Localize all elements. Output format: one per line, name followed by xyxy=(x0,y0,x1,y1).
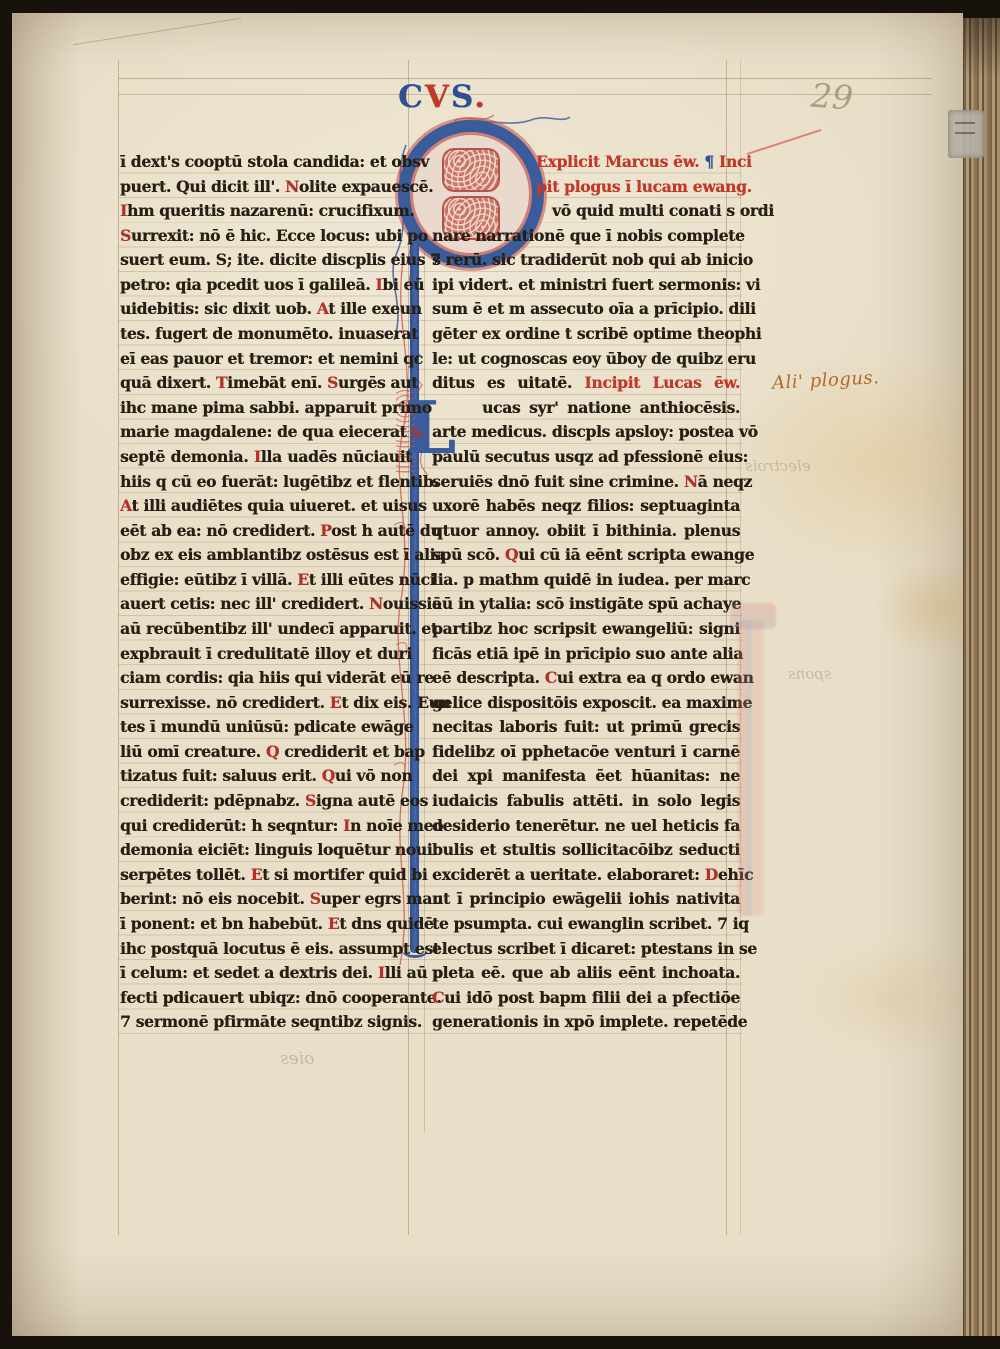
text-run: eī eas pauor et tremor: et nemini qc xyxy=(120,349,423,368)
text-run: pleta eē. que ab aliis eēnt inchoata. xyxy=(432,963,740,982)
text-run: qui crediderūt: h seqntur: xyxy=(120,816,343,835)
text-run: effigie: eūtibz ī villā. xyxy=(120,570,297,589)
text-run: desiderio tenerētur. ne uel heticis fa xyxy=(432,816,740,835)
text-run: vō quid multi conati s ordi xyxy=(552,201,774,220)
text-run: aū recūbentibz ill' undecī apparuit. et xyxy=(120,619,438,638)
text-run: I xyxy=(343,816,350,835)
text-line: iudaicis fabulis attēti. in solo legis xyxy=(432,789,740,814)
manuscript-photo: CVS. 29 L ī dext's cooptū stola candida:… xyxy=(0,0,1000,1349)
text-line: seruiēs dnō fuit sine crimine. Nā neqz xyxy=(432,470,740,495)
text-run: necitas laboris fuit: ut primū grecis xyxy=(432,717,740,736)
text-line: le: ut cognoscas eoy ūboy de quibz eru xyxy=(432,347,740,372)
tab-mark xyxy=(955,122,975,124)
text-run: uidebitis: sic dixit uob. xyxy=(120,299,317,318)
text-run: olite expauescē. xyxy=(299,177,433,196)
text-line: marie magdalene: de qua eiecerat s. xyxy=(120,420,412,445)
header-rule-bottom xyxy=(118,94,932,95)
text-run: Q xyxy=(322,766,335,785)
text-run: ucas syr' natione anthiocēsis. xyxy=(482,398,740,417)
text-run: N xyxy=(369,594,383,613)
text-line: Cui idō post bapm filii dei a pfectiōe xyxy=(432,986,740,1011)
text-run: aū in ytalia: scō instigāte spū achaye xyxy=(432,594,741,613)
text-run: Q xyxy=(266,742,279,761)
text-run: le: ut cognoscas eoy ūboy de quibz eru xyxy=(432,349,756,368)
text-line: pit plogus ī lucam ewang. xyxy=(432,175,740,200)
text-run: I xyxy=(120,201,127,220)
text-run: gēter ex ordine t scribē optime theophi xyxy=(432,324,761,343)
text-line: electus scribet ī dicaret: ptestans in s… xyxy=(432,937,740,962)
text-line: lia. p mathm quidē in iudea. per marc xyxy=(432,568,740,593)
text-run: Explicit Marcus ēw. xyxy=(536,152,704,171)
right-text-column: Explicit Marcus ēw. ¶ Incipit plogus ī l… xyxy=(432,150,740,1035)
text-line: s rerū. sic tradiderūt nob qui ab inicio xyxy=(432,248,740,273)
text-run: uxorē habēs neqz filios: septuaginta xyxy=(432,496,740,515)
text-run: Inci xyxy=(719,152,752,171)
text-run: t illi eūtes nūci xyxy=(309,570,436,589)
text-run: ī ponent: et bn habebūt. xyxy=(120,914,328,933)
ink-offset-mark xyxy=(747,129,822,155)
text-run: urgēs aut xyxy=(338,373,418,392)
text-run: lia. p mathm quidē in iudea. per marc xyxy=(432,570,750,589)
text-run: seruiēs dnō fuit sine crimine. xyxy=(432,472,684,491)
text-run: ui extra ea q ordo ewan xyxy=(557,668,754,687)
text-line: surrexisse. nō credidert. Et dix eis. Eu… xyxy=(120,691,412,716)
text-run: urrexit: nō ē hic. Ecce locus: ubi po xyxy=(131,226,428,245)
text-run: partibz hoc scripsit ewangeliū: signi xyxy=(432,619,740,638)
text-line: uidebitis: sic dixit uob. At ille exeun xyxy=(120,297,412,322)
text-run: expbrauit ī credulitatē illoy et duri xyxy=(120,644,412,663)
text-run: arte medicus. discpls apsloy: postea vō xyxy=(432,422,758,441)
text-run: berint: nō eis nocebit. xyxy=(120,889,310,908)
text-line: liū omī creature. Q crediderit et bap xyxy=(120,740,412,765)
text-run: I xyxy=(254,447,261,466)
text-run: uper egrs man xyxy=(320,889,442,908)
text-line: expbrauit ī credulitatē illoy et duri xyxy=(120,642,412,667)
text-run: D xyxy=(705,865,718,884)
text-run: sum ē et m assecuto oīa a prīcipio. dili xyxy=(432,299,756,318)
text-line: uxorē habēs neqz filios: septuaginta xyxy=(432,494,740,519)
text-run: eēt ab ea: nō credidert. xyxy=(120,521,320,540)
text-run: obz ex eis amblantibz ostēsus est ī alia xyxy=(120,545,445,564)
text-run: lla uadēs nūciauit xyxy=(261,447,412,466)
text-run: Q xyxy=(505,545,518,564)
tab-mark xyxy=(955,132,975,134)
text-run: tes ī mundū uniūsū: pdicate ewāge xyxy=(120,717,413,736)
text-run: fecti pdicauert ubiqz: dnō cooperante. xyxy=(120,988,441,1007)
text-run: quā dixert. xyxy=(120,373,216,392)
text-line: At illi audiētes quia uiueret. et uisus xyxy=(120,494,412,519)
text-line: dei xpi manifesta ēet hūanitas: ne xyxy=(432,764,740,789)
text-run: serpētes tollēt. xyxy=(120,865,251,884)
text-run: dei xpi manifesta ēet hūanitas: ne xyxy=(432,766,740,785)
text-run: puert. Qui dicit ill'. xyxy=(120,177,285,196)
text-line: eēt ab ea: nō credidert. Post h autē du xyxy=(120,519,412,544)
text-line: aū in ytalia: scō instigāte spū achaye xyxy=(432,592,740,617)
folio-number: 29 xyxy=(810,76,855,118)
text-run: ī dext's cooptū stola candida: et obsv xyxy=(120,152,429,171)
text-line: septē demonia. Illa uadēs nūciauit xyxy=(120,445,412,470)
text-line: arte medicus. discpls apsloy: postea vō xyxy=(432,420,740,445)
parchment-page: CVS. 29 L ī dext's cooptū stola candida:… xyxy=(12,13,963,1336)
showthrough-text: spons xyxy=(788,665,832,683)
text-run: bulis et stultis sollicitacōibz seducti xyxy=(432,840,740,859)
text-line: ut ī principio ewāgelii iohis nativita xyxy=(432,887,740,912)
text-run: E xyxy=(251,865,263,884)
text-run: E xyxy=(328,914,340,933)
text-run: surrexisse. nō credidert. xyxy=(120,693,330,712)
parchment-crease xyxy=(73,18,241,46)
text-run: imebāt enī. xyxy=(227,373,327,392)
text-line: qui crediderūt: h seqntur: In noīe meo xyxy=(120,814,412,839)
text-run: S xyxy=(310,889,321,908)
text-line: tizatus fuit: saluus erit. Qui vō non xyxy=(120,764,412,789)
text-run: t illi audiētes quia uiueret. et uisus xyxy=(131,496,426,515)
text-run: auert cetis: nec ill' credidert. xyxy=(120,594,369,613)
text-line: vō quid multi conati s ordi xyxy=(432,199,740,224)
initial-offset-ghost xyxy=(738,620,764,916)
text-line: generationis in xpō implete. repetēde xyxy=(432,1010,740,1035)
text-line: qtuor annoy. obiit ī bithinia. plenus xyxy=(432,519,740,544)
text-line: ditus es uitatē. Incipit Lucas ēw. xyxy=(432,371,740,396)
text-run: gelice dispositōis exposcit. ea maxime xyxy=(432,693,752,712)
text-run: E xyxy=(330,693,342,712)
text-run: S xyxy=(120,226,131,245)
text-run: I xyxy=(378,963,385,982)
text-run: te psumpta. cui ewanglin scribet. 7 iq xyxy=(432,914,749,933)
text-run: suert eum. S; ite. dicite discplis eius … xyxy=(120,250,441,269)
showthrough-text: oies xyxy=(280,1049,314,1069)
text-line: tes ī mundū uniūsū: pdicate ewāge xyxy=(120,715,412,740)
text-run: t ille exeun xyxy=(328,299,421,318)
text-line: suert eum. S; ite. dicite discplis eius … xyxy=(120,248,412,273)
text-run: ī celum: et sedet a dextris dei. xyxy=(120,963,378,982)
text-line: demonia eiciēt: linguis loquētur noui. xyxy=(120,838,412,863)
text-run: t dns quidē xyxy=(339,914,433,933)
text-run: s. xyxy=(412,422,426,441)
text-line: gēter ex ordine t scribē optime theophi xyxy=(432,322,740,347)
text-line: bulis et stultis sollicitacōibz seducti xyxy=(432,838,740,863)
text-line: tes. fugert de monumēto. inuaserat xyxy=(120,322,412,347)
text-line: ipi vidert. et ministri fuert sermonis: … xyxy=(432,273,740,298)
text-run: demonia eiciēt: linguis loquētur noui. xyxy=(120,840,437,859)
text-line: ihc mane pima sabbi. apparuit primo xyxy=(120,396,412,421)
text-run: hiis q cū eo fuerāt: lugētibz et flentib… xyxy=(120,472,438,491)
text-run: eē descripta. xyxy=(432,668,545,687)
text-run: bi eū xyxy=(382,275,424,294)
text-line: pleta eē. que ab aliis eēnt inchoata. xyxy=(432,961,740,986)
text-line: aū recūbentibz ill' undecī apparuit. et xyxy=(120,617,412,642)
text-line: necitas laboris fuit: ut primū grecis xyxy=(432,715,740,740)
text-run: spū scō. xyxy=(432,545,505,564)
text-run: T xyxy=(216,373,227,392)
text-line: fecti pdicauert ubiqz: dnō cooperante. xyxy=(120,986,412,1011)
text-run: ihc postquā locutus ē eis. assumpt est xyxy=(120,939,440,958)
text-line: ficās etiā ipē in prīcipio suo ante alia xyxy=(432,642,740,667)
text-line: Ihm queritis nazarenū: crucifixum. xyxy=(120,199,412,224)
text-line: Surrexit: nō ē hic. Ecce locus: ubi po xyxy=(120,224,412,249)
text-run: liū omī creature. xyxy=(120,742,266,761)
text-line: ciam cordis: qia hiis qui viderāt eū re xyxy=(120,666,412,691)
text-line: obz ex eis amblantibz ostēsus est ī alia xyxy=(120,543,412,568)
text-run: qtuor annoy. obiit ī bithinia. plenus xyxy=(432,521,740,540)
text-run: igna autē eos xyxy=(316,791,428,810)
text-run: petro: qia pcedit uos ī galileā. xyxy=(120,275,375,294)
text-run: ¶ xyxy=(704,152,719,171)
text-line: hiis q cū eo fuerāt: lugētibz et flentib… xyxy=(120,470,412,495)
text-line: ihc postquā locutus ē eis. assumpt est xyxy=(120,937,412,962)
text-run: ditus es uitatē. xyxy=(432,373,584,392)
text-line: ī dext's cooptū stola candida: et obsv xyxy=(120,150,412,175)
text-run: ciam cordis: qia hiis qui viderāt eū re xyxy=(120,668,434,687)
text-run: N xyxy=(684,472,698,491)
text-line: auert cetis: nec ill' credidert. Nouissi… xyxy=(120,592,412,617)
text-line: puert. Qui dicit ill'. Nolite expauescē. xyxy=(120,175,412,200)
text-run: N xyxy=(285,177,299,196)
text-run: ut ī principio ewāgelii iohis nativita xyxy=(432,889,740,908)
text-run: ipi vidert. et ministri fuert sermonis: … xyxy=(432,275,760,294)
text-run: S xyxy=(305,791,316,810)
text-line: paulū secutus usqz ad pfessionē eius: xyxy=(432,445,740,470)
text-line: 7 sermonē pfirmāte seqntibz signis. xyxy=(120,1010,412,1035)
text-run: tizatus fuit: saluus erit. xyxy=(120,766,322,785)
text-run: iudaicis fabulis attēti. in solo legis xyxy=(432,791,740,810)
text-run: pit plogus ī lucam ewang. xyxy=(536,177,752,196)
text-line: nare narrationē que ī nobis complete xyxy=(432,224,740,249)
text-line: fidelibz oī pphetacōe venturi ī carnē xyxy=(432,740,740,765)
text-run: C xyxy=(545,668,557,687)
showthrough-text: electrois xyxy=(745,457,811,475)
header-rule-top xyxy=(118,78,932,79)
text-line: eē descripta. Cui extra ea q ordo ewan xyxy=(432,666,740,691)
text-run: ui cū iā eēnt scripta ewange xyxy=(518,545,754,564)
text-line: exciderēt a ueritate. elaboraret: Dehīc xyxy=(432,863,740,888)
text-run: ui idō post bapm filii dei a pfectiōe xyxy=(444,988,740,1007)
margin-note-alius-prologus: Ali' plogus. xyxy=(772,367,880,394)
text-run: n noīe meo xyxy=(350,816,443,835)
text-line: ucas syr' natione anthiocēsis. xyxy=(432,396,740,421)
text-run: crediderit: pdēpnabz. xyxy=(120,791,305,810)
text-run: septē demonia. xyxy=(120,447,254,466)
text-line: partibz hoc scripsit ewangeliū: signi xyxy=(432,617,740,642)
text-run: t si mortifer quid bi xyxy=(262,865,427,884)
text-run: P xyxy=(320,521,331,540)
text-run: A xyxy=(317,299,328,318)
text-line: te psumpta. cui ewanglin scribet. 7 iq xyxy=(432,912,740,937)
text-run: electus scribet ī dicaret: ptestans in s… xyxy=(432,939,757,958)
text-run: S xyxy=(327,373,338,392)
text-line: serpētes tollēt. Et si mortifer quid bi xyxy=(120,863,412,888)
text-run: s rerū. sic tradiderūt nob qui ab inicio xyxy=(432,250,753,269)
text-line: quā dixert. Timebāt enī. Surgēs aut xyxy=(120,371,412,396)
text-line: Explicit Marcus ēw. ¶ Inci xyxy=(432,150,740,175)
text-run: crediderit et bap xyxy=(279,742,425,761)
text-line: desiderio tenerētur. ne uel heticis fa xyxy=(432,814,740,839)
text-run: ui vō non xyxy=(335,766,413,785)
text-run: ficās etiā ipē in prīcipio suo ante alia xyxy=(432,644,743,663)
text-line: effigie: eūtibz ī villā. Et illi eūtes n… xyxy=(120,568,412,593)
text-run: nare narrationē que ī nobis complete xyxy=(432,226,745,245)
text-run: marie magdalene: de qua eiecerat xyxy=(120,422,412,441)
text-line: sum ē et m assecuto oīa a prīcipio. dili xyxy=(432,297,740,322)
book-fore-edge xyxy=(963,18,1000,1336)
text-line: ī ponent: et bn habebūt. Et dns quidē xyxy=(120,912,412,937)
text-line: eī eas pauor et tremor: et nemini qc xyxy=(120,347,412,372)
text-run: tes. fugert de monumēto. inuaserat xyxy=(120,324,418,343)
text-run: ost h autē du xyxy=(331,521,441,540)
fore-edge-tab xyxy=(948,110,984,158)
text-line: spū scō. Qui cū iā eēnt scripta ewange xyxy=(432,543,740,568)
text-run: fidelibz oī pphetacōe venturi ī carnē xyxy=(432,742,740,761)
text-run: Incipit Lucas ēw. xyxy=(584,373,740,392)
text-line: gelice dispositōis exposcit. ea maxime xyxy=(432,691,740,716)
left-text-column: ī dext's cooptū stola candida: et obsvpu… xyxy=(120,150,412,1035)
text-run: A xyxy=(120,496,131,515)
text-run: 7 sermonē pfirmāte seqntibz signis. xyxy=(120,1012,422,1031)
text-run: exciderēt a ueritate. elaboraret: xyxy=(432,865,705,884)
text-run: generationis in xpō implete. repetēde xyxy=(432,1012,747,1031)
text-line: crediderit: pdēpnabz. Signa autē eos xyxy=(120,789,412,814)
text-run: hm queritis nazarenū: crucifixum. xyxy=(127,201,414,220)
text-line: petro: qia pcedit uos ī galileā. Ibi eū xyxy=(120,273,412,298)
text-line: berint: nō eis nocebit. Super egrs man xyxy=(120,887,412,912)
text-run: ihc mane pima sabbi. apparuit primo xyxy=(120,398,432,417)
text-line: ī celum: et sedet a dextris dei. Illi aū… xyxy=(120,961,412,986)
ruling-left xyxy=(118,60,119,1235)
text-run: E xyxy=(297,570,309,589)
text-run: C xyxy=(432,988,444,1007)
text-run: paulū secutus usqz ad pfessionē eius: xyxy=(432,447,748,466)
